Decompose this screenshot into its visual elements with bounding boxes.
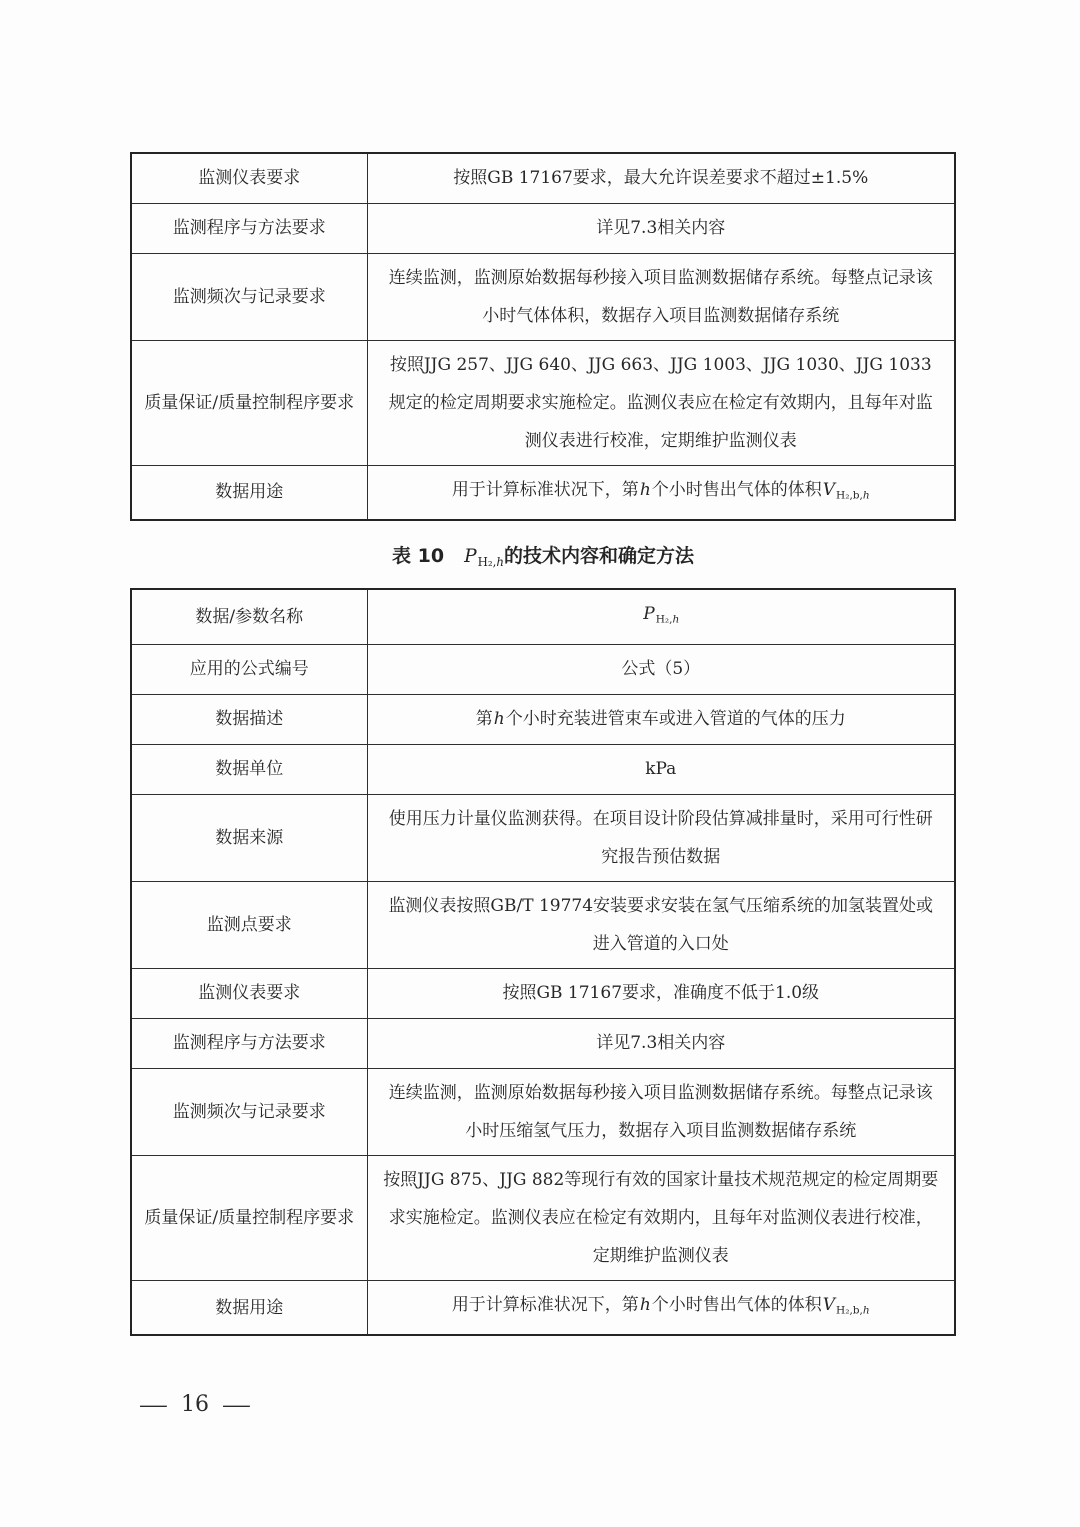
table-row: 监测仪表要求 按照GB 17167要求，最大允许误差要求不超过±1.5% xyxy=(131,153,955,203)
table10: 数据/参数名称 PH₂,h 应用的公式编号 公式（5） 数据描述 第h个小时充装… xyxy=(130,588,956,1336)
footer-left-dash: — xyxy=(139,1393,168,1417)
row-value: kPa xyxy=(367,744,955,794)
table-row: 质量保证/质量控制程序要求 按照JJG 257、JJG 640、JJG 663、… xyxy=(131,340,955,465)
row-label: 监测仪表要求 xyxy=(131,968,367,1018)
table-row: 数据用途 用于计算标准状况下，第h个小时售出气体的体积VH₂,b,h xyxy=(131,465,955,520)
table-row: 监测点要求 监测仪表按照GB/T 19774安装要求安装在氢气压缩系统的加氢装置… xyxy=(131,881,955,968)
row-value: 按照JJG 257、JJG 640、JJG 663、JJG 1003、JJG 1… xyxy=(367,340,955,465)
page-footer: — 16 — xyxy=(143,1392,247,1417)
row-label: 数据单位 xyxy=(131,744,367,794)
table-row: 数据用途 用于计算标准状况下，第h个小时售出气体的体积VH₂,b,h xyxy=(131,1280,955,1335)
row-label: 数据用途 xyxy=(131,1280,367,1335)
row-value: PH₂,h xyxy=(367,589,955,644)
table-row: 监测频次与记录要求 连续监测，监测原始数据每秒接入项目监测数据储存系统。每整点记… xyxy=(131,1068,955,1155)
row-value: 按照GB 17167要求，准确度不低于1.0级 xyxy=(367,968,955,1018)
table-row: 监测程序与方法要求 详见7.3相关内容 xyxy=(131,203,955,253)
table-row: 数据单位 kPa xyxy=(131,744,955,794)
table-row: 数据/参数名称 PH₂,h xyxy=(131,589,955,644)
table-row: 应用的公式编号 公式（5） xyxy=(131,644,955,694)
row-value: 监测仪表按照GB/T 19774安装要求安装在氢气压缩系统的加氢装置处或进入管道… xyxy=(367,881,955,968)
row-value: 详见7.3相关内容 xyxy=(367,1018,955,1068)
row-value: 用于计算标准状况下，第h个小时售出气体的体积VH₂,b,h xyxy=(367,1280,955,1335)
row-value: 详见7.3相关内容 xyxy=(367,203,955,253)
table-row: 数据描述 第h个小时充装进管束车或进入管道的气体的压力 xyxy=(131,694,955,744)
row-label: 数据来源 xyxy=(131,794,367,881)
row-label: 监测频次与记录要求 xyxy=(131,1068,367,1155)
monitoring-parameter-table-continued: 监测仪表要求 按照GB 17167要求，最大允许误差要求不超过±1.5% 监测程… xyxy=(130,152,956,521)
table-row: 监测仪表要求 按照GB 17167要求，准确度不低于1.0级 xyxy=(131,968,955,1018)
table-row: 监测程序与方法要求 详见7.3相关内容 xyxy=(131,1018,955,1068)
row-value: 按照GB 17167要求，最大允许误差要求不超过±1.5% xyxy=(367,153,955,203)
row-label: 质量保证/质量控制程序要求 xyxy=(131,340,367,465)
row-value: 公式（5） xyxy=(367,644,955,694)
table10-caption: 表 10 PH₂,h的技术内容和确定方法 xyxy=(130,541,956,569)
row-value: 用于计算标准状况下，第h个小时售出气体的体积VH₂,b,h xyxy=(367,465,955,520)
row-label: 监测仪表要求 xyxy=(131,153,367,203)
row-label: 监测程序与方法要求 xyxy=(131,203,367,253)
footer-page-number: 16 xyxy=(181,1392,209,1417)
row-label: 监测点要求 xyxy=(131,881,367,968)
footer-right-dash: — xyxy=(222,1393,251,1417)
row-value: 使用压力计量仪监测获得。在项目设计阶段估算减排量时，采用可行性研究报告预估数据 xyxy=(367,794,955,881)
row-label: 质量保证/质量控制程序要求 xyxy=(131,1155,367,1280)
table-row: 数据来源 使用压力计量仪监测获得。在项目设计阶段估算减排量时，采用可行性研究报告… xyxy=(131,794,955,881)
row-value: 按照JJG 875、JJG 882等现行有效的国家计量技术规范规定的检定周期要求… xyxy=(367,1155,955,1280)
row-value: 连续监测，监测原始数据每秒接入项目监测数据储存系统。每整点记录该小时气体体积，数… xyxy=(367,253,955,340)
row-value: 第h个小时充装进管束车或进入管道的气体的压力 xyxy=(367,694,955,744)
table-row: 监测频次与记录要求 连续监测，监测原始数据每秒接入项目监测数据储存系统。每整点记… xyxy=(131,253,955,340)
row-value: 连续监测，监测原始数据每秒接入项目监测数据储存系统。每整点记录该小时压缩氢气压力… xyxy=(367,1068,955,1155)
row-label: 数据用途 xyxy=(131,465,367,520)
row-label: 数据描述 xyxy=(131,694,367,744)
table-row: 质量保证/质量控制程序要求 按照JJG 875、JJG 882等现行有效的国家计… xyxy=(131,1155,955,1280)
row-label: 监测程序与方法要求 xyxy=(131,1018,367,1068)
document-page: 监测仪表要求 按照GB 17167要求，最大允许误差要求不超过±1.5% 监测程… xyxy=(0,0,1080,1527)
row-label: 数据/参数名称 xyxy=(131,589,367,644)
row-label: 监测频次与记录要求 xyxy=(131,253,367,340)
row-label: 应用的公式编号 xyxy=(131,644,367,694)
